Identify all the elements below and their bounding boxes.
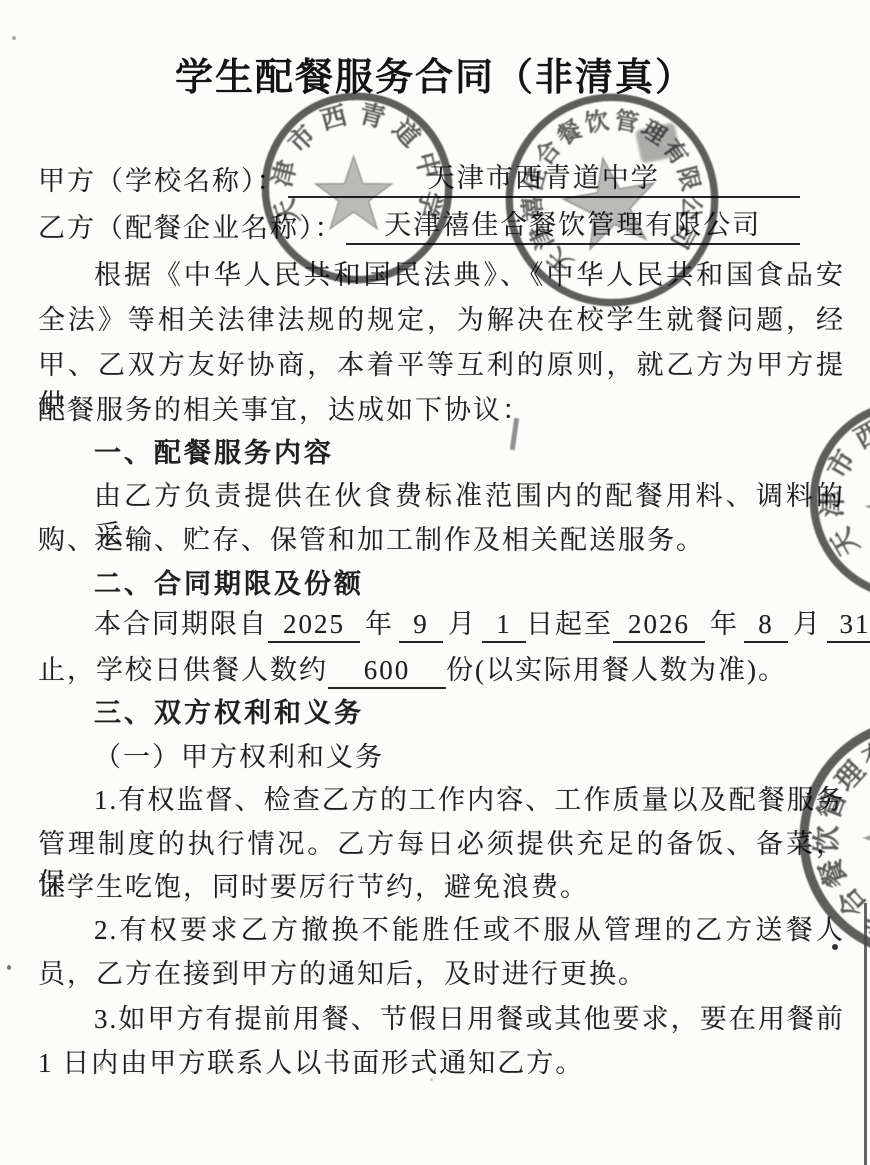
party-b-value: 天津禧佳合餐饮管理有限公司 (346, 203, 801, 245)
ink-speck (12, 36, 16, 40)
period-prefix: 本合同期限自 (94, 609, 268, 639)
star-icon (865, 781, 870, 895)
text-line: 根据《中华人民共和国民法典》、《中华人民共和国食品安 (94, 253, 845, 295)
scan-edge-line (864, 903, 867, 1165)
ink-speck (430, 1078, 433, 1081)
unit-month: 月 (793, 609, 822, 639)
daily-servings-line: 止，学校日供餐人数约600份(以实际用餐人数为准)。 (38, 648, 845, 690)
contract-title: 学生配餐服务合同（非清真） (0, 46, 870, 101)
text-line: 证学生吃饱，同时要厉行节约，避免浪费。 (38, 865, 845, 907)
servings-suffix: 份(以实际用餐人数为准)。 (446, 655, 787, 685)
party-a-label: 甲方（学校名称）： (38, 159, 286, 198)
text-line: 2.有权要求乙方撤换不能胜任或不服从管理的乙方送餐人 (94, 908, 845, 950)
servings-count-field: 600 (328, 655, 446, 689)
unit-year: 年 (365, 609, 394, 639)
party-b-line: 乙方（配餐企业名称）： 天津禧佳合餐饮管理有限公司 (38, 207, 800, 245)
contract-period-line: 本合同期限自2025年9月1日起至2026年8月31日 (94, 602, 845, 644)
text-line: 配餐服务的相关事宜，达成如下协议： (38, 388, 845, 430)
scanned-contract-page: 学生配餐服务合同（非清真） 甲方（学校名称）： 天津市西青道中学 乙方（配餐企业… (0, 0, 870, 1165)
party-a-value: 天津市西青道中学 (288, 156, 801, 198)
section-2-heading: 二、合同期限及份额 (94, 562, 845, 604)
section-3-subheading: （一）甲方权利和义务 (94, 735, 845, 777)
text-line: 甲、乙双方友好协商，本着平等互利的原则，就乙方为甲方提供 (38, 343, 845, 385)
text-line: 全法》等相关法律法规的规定，为解决在校学生就餐问题，经 (38, 298, 845, 340)
servings-prefix: 止，学校日供餐人数约 (38, 655, 328, 685)
section-1-heading: 一、配餐服务内容 (94, 431, 845, 473)
start-year-field: 2025 (268, 609, 360, 643)
ink-speck (7, 965, 11, 970)
text-line: 购、运输、贮存、保管和加工制作及相关配送服务。 (38, 518, 845, 560)
unit-year: 年 (710, 609, 739, 639)
text-line: 员，乙方在接到甲方的通知后，及时进行更换。 (38, 952, 845, 994)
text-line: 管理制度的执行情况。乙方每日必须提供充足的备饭、备菜，保 (38, 822, 845, 864)
text-line: 3.如甲方有提前用餐、节假日用餐或其他要求，要在用餐前 (94, 997, 845, 1039)
end-month-field: 8 (744, 609, 788, 643)
text-line: 1 日内由甲方联系人以书面形式通知乙方。 (38, 1041, 845, 1083)
party-b-label: 乙方（配餐企业名称）： (38, 206, 344, 245)
text-line: 1.有权监督、检查乙方的工作内容、工作质量以及配餐服务 (94, 778, 845, 820)
star-icon (860, 459, 870, 553)
unit-month: 月 (448, 609, 477, 639)
section-3-heading: 三、双方权利和义务 (94, 691, 845, 733)
ink-speck (832, 944, 838, 950)
start-day-field: 1 (482, 609, 526, 643)
period-mid: 日起至 (526, 609, 613, 639)
end-year-field: 2026 (613, 609, 705, 643)
text-line: 由乙方负责提供在伙食费标准范围内的配餐用料、调料的采 (94, 474, 845, 516)
end-day-field: 31 (827, 609, 870, 643)
ink-speck (100, 1063, 103, 1071)
party-a-line: 甲方（学校名称）： 天津市西青道中学 (38, 160, 800, 198)
start-month-field: 9 (399, 609, 443, 643)
